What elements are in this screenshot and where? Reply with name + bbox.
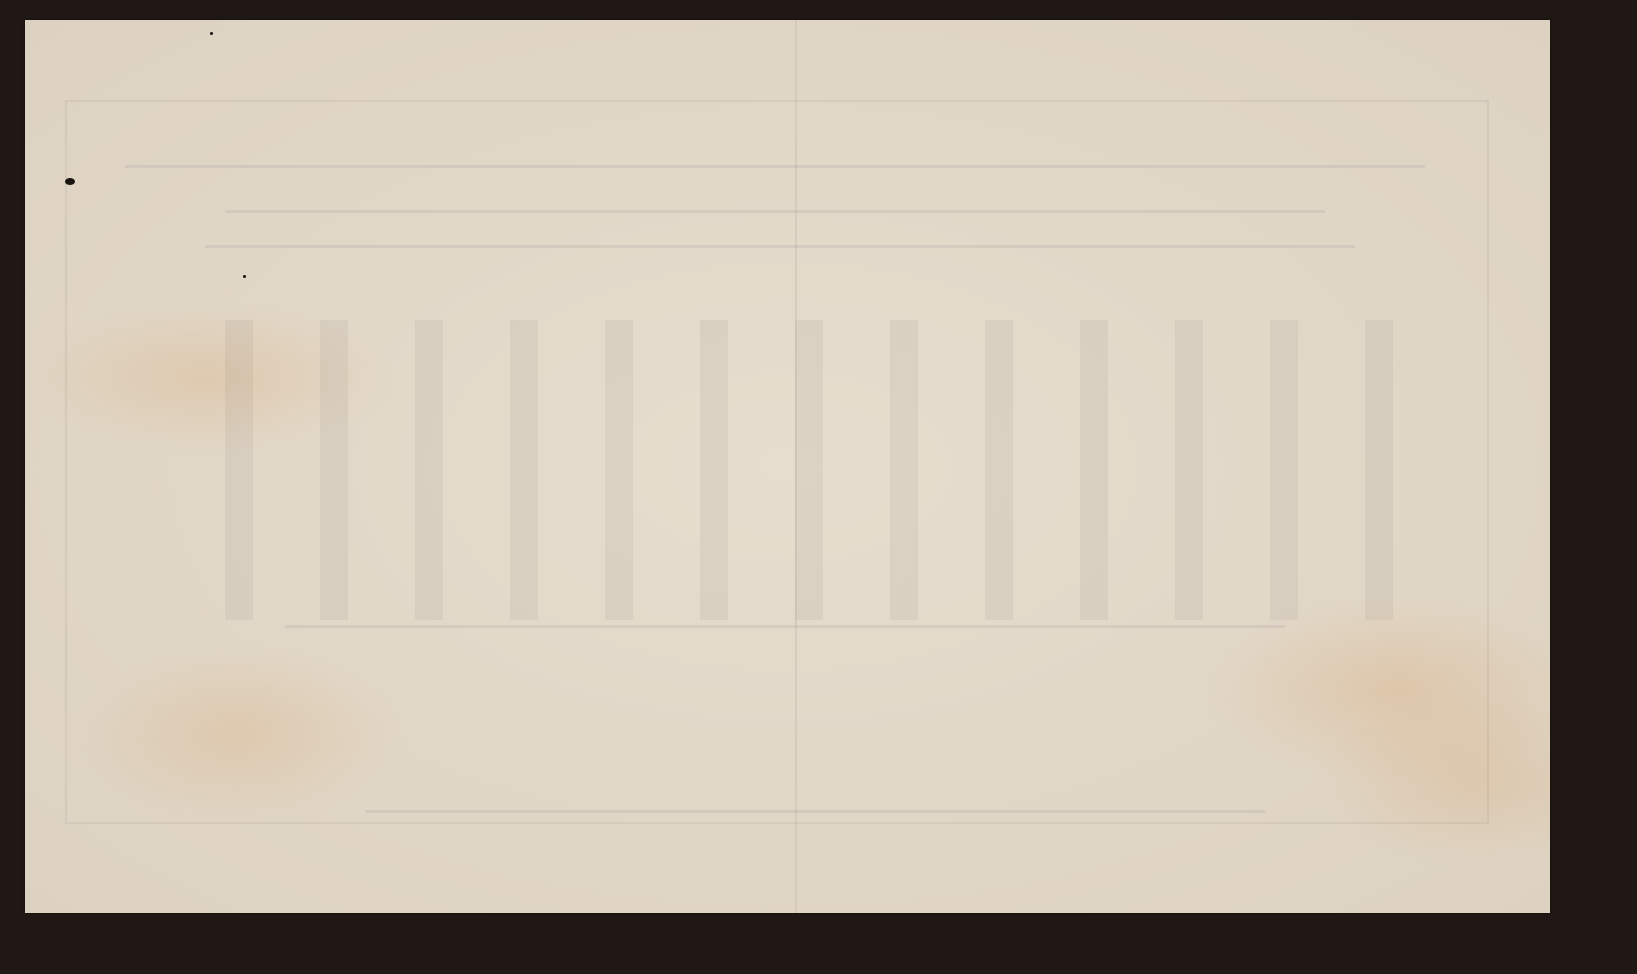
ink-speck	[65, 178, 75, 185]
ink-speck	[243, 275, 246, 278]
show-through-line	[365, 810, 1265, 813]
show-through-line	[225, 210, 1325, 213]
ink-speck	[210, 32, 213, 35]
show-through-line	[285, 625, 1285, 628]
paper-note	[25, 20, 1550, 913]
show-through-line	[125, 165, 1425, 168]
show-through-line	[205, 245, 1355, 248]
show-through-shapes	[225, 320, 1425, 620]
